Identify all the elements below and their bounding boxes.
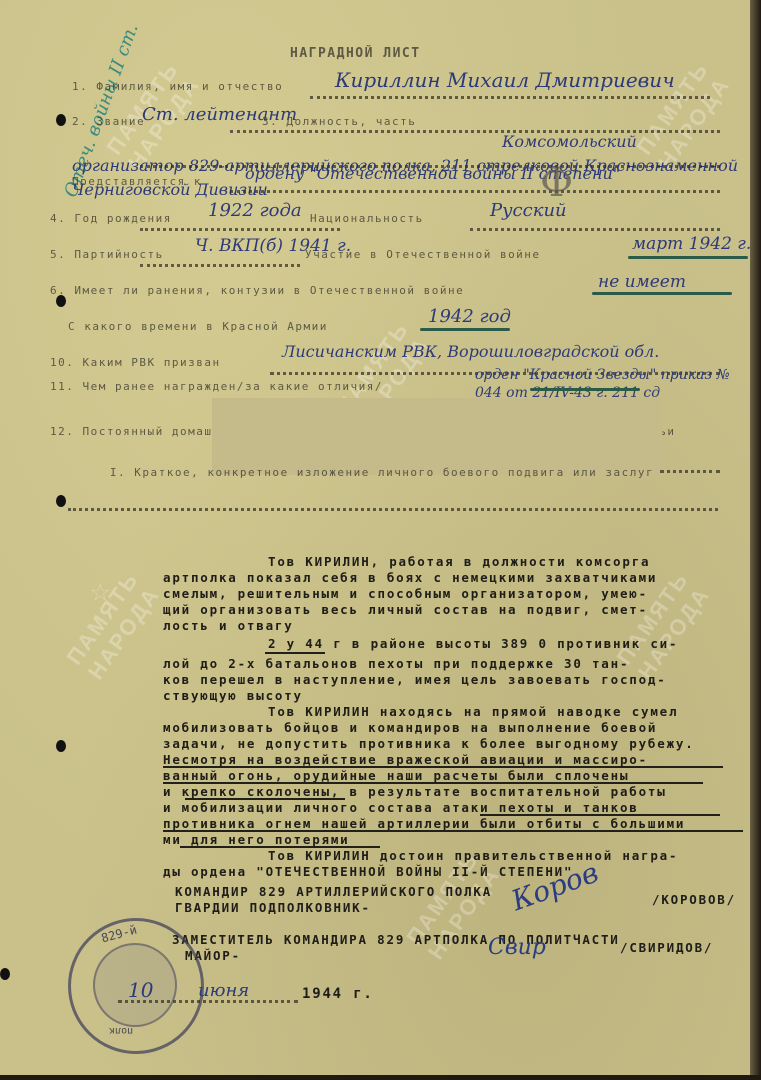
punch-hole	[56, 740, 66, 752]
field-label-war-participation: Участие в Отечественной войне	[305, 248, 541, 261]
section-label-feat: I. Краткое, конкретное изложение личного…	[62, 464, 702, 482]
field-value-rvk: Лисичанским РВК, Ворошиловградской обл.	[282, 342, 659, 361]
field-label-position: 3. Должность, часть	[262, 115, 416, 128]
punch-hole	[56, 495, 66, 507]
watermark: ПАМЯТЬ НАРОДА	[62, 567, 166, 685]
deputy-signature: Свир	[488, 935, 546, 960]
pencil-mark: Ф	[540, 160, 573, 206]
field-label-prior-awards: 11. Чем ранее награжден/за какие отличия…	[50, 380, 383, 393]
date-month: июня	[198, 980, 249, 1001]
date-year: 1944 г.	[302, 986, 374, 1002]
commander-name: /КОРОВОВ/	[652, 892, 736, 907]
scan-edge	[750, 0, 761, 1080]
field-value-birth-year: 1922 года	[208, 200, 302, 221]
commander-title: КОМАНДИР 829 АРТИЛЛЕРИЙСКОГО ПОЛКА	[175, 884, 492, 899]
field-label-nationality: Национальность	[310, 212, 424, 225]
field-value-name: Кириллин Михаил Дмитриевич	[335, 68, 675, 92]
field-label-party: 5. Партийность	[50, 248, 164, 261]
commander-rank: ГВАРДИИ ПОДПОЛКОВНИК-	[175, 900, 371, 915]
deputy-title: ЗАМЕСТИТЕЛЬ КОМАНДИРА 829 АРТПОЛКА ПО ПО…	[172, 932, 620, 947]
field-value-prior-awards: орден "Красной Звезды" приказ № 044 от 2…	[475, 366, 755, 402]
scan-edge	[0, 1075, 761, 1080]
date-day: 10	[128, 978, 153, 1002]
field-value-wounds: не имеет	[598, 272, 686, 292]
field-label-award: Представляется к	[72, 175, 202, 188]
award-sheet-page: ПАМЯТЬ НАРОДА ПАМЯТЬ НАРОДА ПАМЯТЬ НАРОД…	[0, 0, 750, 1075]
star-watermark-icon: ☆	[90, 570, 110, 610]
punch-hole	[0, 968, 10, 980]
field-label-wounds: 6. Имеет ли ранения, контузии в Отечеств…	[50, 284, 464, 297]
field-label-birth-year: 4. Год рождения	[50, 212, 172, 225]
punch-hole	[56, 114, 66, 126]
field-value-army-since: 1942 год	[428, 306, 511, 327]
field-label-name: 1. Фамилия, имя и отчество	[72, 80, 283, 93]
field-label-rank: 2. Звание	[72, 115, 145, 128]
deputy-name: /СВИРИДОВ/	[620, 940, 713, 955]
field-label-army-since: С какого времени в Красной Армии	[68, 320, 328, 333]
field-label-rvk: 10. Каким РВК призван	[50, 356, 221, 369]
field-value-war-participation: март 1942 г.	[632, 234, 751, 254]
document-title: НАГРАДНОЙ ЛИСТ	[290, 46, 421, 61]
